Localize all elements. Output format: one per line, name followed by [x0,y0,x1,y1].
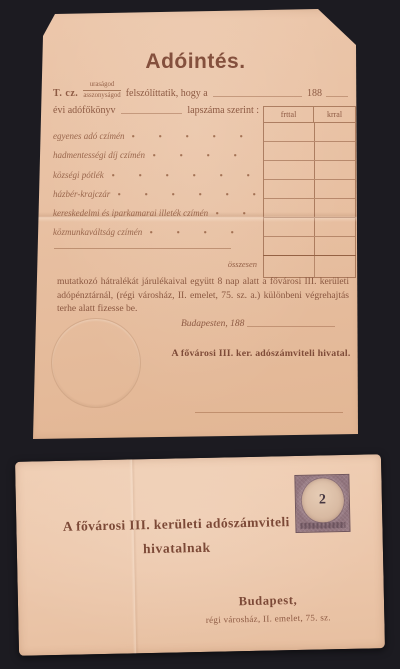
dot-leader [132,135,257,138]
tax-item-label: hadmentességi díj czímén [53,150,145,160]
notice-paragraph: mutatkozó hátralékát járulékaival együtt… [57,275,349,316]
embossed-seal [51,318,141,408]
blank-fill-line [121,112,183,114]
amounts-table: frttal krral [263,106,356,256]
total-label: összesen [155,259,257,269]
office-signature: A fővárosi III. ker. adószámviteli hivat… [167,348,355,359]
amounts-table-header: frttal krral [264,107,355,123]
salutation-prefix: T. cz. [53,88,78,99]
column-header-forint: frttal [264,107,314,122]
dot-leader [118,193,257,196]
dot-leader [150,231,257,234]
addressee-line-1: A fővárosi III. kerületi adószámviteli [24,513,328,535]
dot-leader [112,174,257,177]
ledger-prefix: évi adófőkönyv [53,105,116,116]
dateline-text: Budapesten, 188 [181,319,244,329]
column-header-krajcar: krral [314,107,355,122]
dateline: Budapesten, 188 [181,319,335,329]
dot-leader [153,154,257,157]
blank-entry-line [54,248,231,249]
stamp-value: 2 [319,492,326,508]
ledger-suffix: lapszáma szerint : [187,105,259,116]
table-row [264,237,355,255]
tax-item-label: közmunkaváltság czímén [53,227,142,237]
tax-notice-card: Adóintés. T. cz. uraságod asszonyságod f… [29,8,362,441]
tax-item-row: egyenes adó czímén [53,122,259,141]
tax-item-label: községi pótlék [53,170,104,180]
ledger-line: évi adófőkönyv lapszáma szerint : [53,105,259,116]
tax-item-label: egyenes adó czímén [53,131,124,141]
salutation-line: T. cz. uraságod asszonyságod felszólítta… [53,81,348,99]
blank-fill-line [213,95,302,97]
address-detail: régi városház, II. emelet, 75. sz. [146,611,390,626]
photo-background: Adóintés. T. cz. uraságod asszonyságod f… [0,0,400,669]
salutation-text: felszólíttatik, hogy a [126,88,208,99]
blank-fill-line [247,325,335,327]
table-row [264,123,355,142]
blank-fill-line-short [326,95,348,97]
city-line: Budapest, [186,592,350,610]
table-row [264,161,355,180]
tax-item-label: házbér-krajczár [53,189,110,199]
year-prefix: 188 [307,88,322,99]
tax-item-row: hadmentességi díj czímén [53,141,259,160]
salutation-fraction: uraságod asszonyságod [83,81,120,99]
document-title: Adóintés. [29,50,362,74]
table-row [264,180,355,199]
fold-crease [29,212,362,222]
reply-card: 2 A fővárosi III. kerületi adószámviteli… [15,454,385,656]
faint-rule [195,412,343,413]
tax-item-row: házbér-krajczár [53,180,259,199]
fraction-top: uraságod [83,81,120,91]
tax-item-row: községi pótlék [53,160,259,179]
addressee-line-2: hivatalnak [25,537,329,559]
table-row [264,142,355,161]
fraction-bottom: asszonyságod [83,91,120,100]
